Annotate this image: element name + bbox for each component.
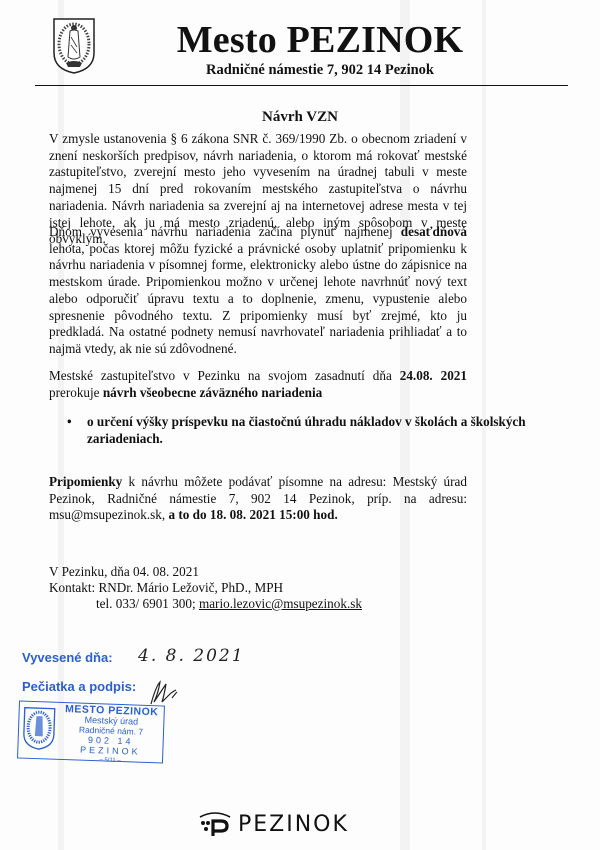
email-link[interactable]: mario.lezovic@msupezinok.sk <box>199 596 362 611</box>
stamp-signature-label: Pečiatka a podpis: <box>22 679 136 694</box>
text: lehota, počas ktorej môžu fyzické a práv… <box>49 241 467 356</box>
bullet-icon: • <box>67 414 72 430</box>
header-divider <box>35 85 568 86</box>
regulation-label: návrh všeobecne záväzného nariadenia <box>103 385 322 400</box>
stamp-text: MESTO PEZINOK Mestský úrad Radničné nám.… <box>59 704 163 768</box>
place-date: V Pezinku, dňa 04. 08. 2021 <box>49 564 199 581</box>
paragraph-submission: Pripomienky k návrhu môžete podávať píso… <box>49 474 467 524</box>
paragraph-council-session: Mestské zastupiteľstvo v Pezinku na svoj… <box>49 368 467 401</box>
contact-details: tel. 033/ 6901 300; mario.lezovic@msupez… <box>96 596 362 613</box>
pezinok-logo-icon <box>198 810 232 838</box>
contact-person: Kontakt: RNDr. Mário Ležovič, PhD., MPH <box>49 580 283 597</box>
town-address: Radničné námestie 7, 902 14 Pezinok <box>0 62 600 79</box>
comments-label: Pripomienky <box>49 474 122 489</box>
footer-brand: PEZINOK <box>238 812 349 837</box>
phone: tel. 033/ 6901 300; <box>96 596 199 611</box>
text: prerokuje <box>49 385 103 400</box>
session-date: 24.08. 2021 <box>400 368 467 383</box>
posted-date-label: Vyvesené dňa: <box>22 650 113 665</box>
deadline: a to do 18. 08. 2021 15:00 hod. <box>168 507 337 522</box>
document-heading: Návrh VZN <box>0 109 600 126</box>
handwritten-signature-icon <box>148 678 180 708</box>
footer-logo: PEZINOK <box>198 810 349 838</box>
posted-date-handwritten: 4. 8. 2021 <box>138 646 245 666</box>
text: Mestské zastupiteľstvo v Pezinku na svoj… <box>49 368 400 383</box>
stamp-crest-icon <box>21 706 57 752</box>
regulation-subject: o určení výšky príspevku na čiastočnú úh… <box>87 414 527 447</box>
official-stamp: MESTO PEZINOK Mestský úrad Radničné nám.… <box>17 700 165 762</box>
town-title: Mesto PEZINOK <box>0 18 600 62</box>
paragraph-comment-period: Dňom vyvesenia návrhu nariadenia začína … <box>49 224 467 358</box>
text: Dňom vyvesenia návrhu nariadenia začína … <box>49 224 401 239</box>
ten-day-period: desaťdňová <box>401 224 467 239</box>
